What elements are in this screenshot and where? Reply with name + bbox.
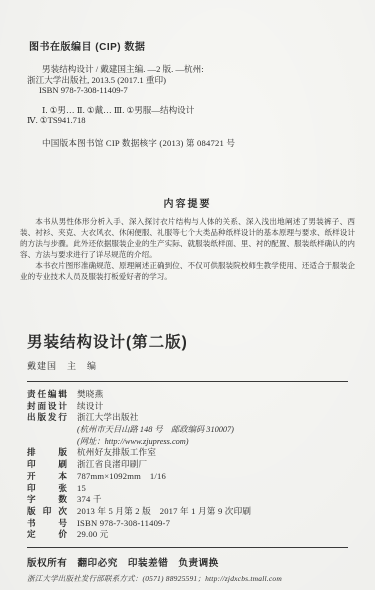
row-value: 15 (67, 483, 86, 495)
cip-classification: Ⅰ. ①男… Ⅱ. ①戴… Ⅲ. ①男服—结构设计 Ⅳ. ①TS941.718 (27, 105, 348, 126)
publisher-website-line: (网址：http://www.zjupress.com) (27, 436, 348, 448)
row-value: 787mm×1092mm 1/16 (67, 471, 166, 483)
cip-record-line: 男装结构设计 / 戴建国主编. —2 版. —杭州: (27, 64, 348, 75)
row-label: 定价 (27, 529, 67, 541)
cip-classification-line: Ⅰ. ①男… Ⅱ. ①戴… Ⅲ. ①男服—结构设计 (27, 105, 348, 116)
publishing-row: 印张15 (27, 483, 348, 495)
row-value: 2013 年 5 月第 2 版 2017 年 1 月第 9 次印刷 (67, 506, 251, 518)
row-label: 版印次 (27, 506, 67, 518)
row-value: 浙江省良渚印刷厂 (67, 459, 147, 471)
row-label: 印刷 (27, 459, 67, 471)
abstract-heading: 内容提要 (27, 195, 348, 210)
publishing-row: 排版杭州好友排版工作室 (27, 447, 348, 459)
row-value: 续设计 (67, 401, 103, 413)
row-label: 书号 (27, 518, 67, 530)
row-value: 374 千 (67, 494, 102, 506)
cip-record-line: 浙江大学出版社, 2013.5 (2017.1 重印) (27, 75, 348, 86)
row-value: 樊晓燕 (67, 389, 103, 401)
abstract-paragraph: 本书衣片图形准确规范、原理阐述正确到位、不仅可供服装院校师生教学使用、还适合于服… (20, 260, 355, 282)
copyright-page: 图书在版编目 (CIP) 数据 男装结构设计 / 戴建国主编. —2 版. —杭… (0, 0, 375, 590)
row-label: 开本 (27, 471, 67, 483)
book-title: 男装结构设计(第二版) (27, 330, 348, 352)
divider-line (27, 547, 348, 548)
publisher-address-line: (杭州市天目山路 148 号 邮政编码 310007) (27, 424, 348, 436)
row-value: 浙江大学出版社 (67, 412, 139, 424)
cip-record: 男装结构设计 / 戴建国主编. —2 版. —杭州: 浙江大学出版社, 2013… (27, 64, 348, 96)
publishing-row: 定价29.00 元 (27, 529, 348, 541)
publishing-info: 责任编辑樊晓燕 封面设计续设计 出版发行浙江大学出版社 (杭州市天目山路 148… (27, 389, 348, 541)
row-value: 杭州好友排版工作室 (67, 447, 156, 459)
cip-block: 图书在版编目 (CIP) 数据 男装结构设计 / 戴建国主编. —2 版. —杭… (27, 38, 348, 149)
publishing-row: 字数374 千 (27, 494, 348, 506)
cip-registry-number: 中国版本图书馆 CIP 数据核字 (2013) 第 084721 号 (27, 137, 348, 149)
copyright-notice: 版权所有 翻印必究 印装差错 负责调换 (27, 555, 348, 569)
publishing-row: 印刷浙江省良渚印刷厂 (27, 459, 348, 471)
row-label: 印张 (27, 483, 67, 495)
row-value: 29.00 元 (67, 529, 108, 541)
cip-heading: 图书在版编目 (CIP) 数据 (29, 38, 348, 53)
row-value: ISBN 978-7-308-11409-7 (67, 518, 170, 530)
publishing-row: 书号ISBN 978-7-308-11409-7 (27, 518, 348, 530)
row-label: 出版发行 (27, 412, 67, 424)
abstract-paragraph: 本书从男性体形分析入手、深入探讨衣片结构与人体的关系、深入浅出地阐述了男装裤子、… (20, 216, 355, 260)
cip-record-line: ISBN 978-7-308-11409-7 (27, 85, 348, 96)
publishing-row: 责任编辑樊晓燕 (27, 389, 348, 401)
row-label: 排版 (27, 447, 67, 459)
row-label: 封面设计 (27, 401, 67, 413)
publishing-row: 封面设计续设计 (27, 401, 348, 413)
publishing-row: 开本787mm×1092mm 1/16 (27, 471, 348, 483)
publisher-contact: 浙江大学出版社发行部联系方式：(0571) 88925591；http://zj… (27, 573, 348, 584)
publishing-row: 出版发行浙江大学出版社 (27, 412, 348, 424)
publishing-row: 版印次2013 年 5 月第 2 版 2017 年 1 月第 9 次印刷 (27, 506, 348, 518)
cip-classification-line: Ⅳ. ①TS941.718 (27, 115, 348, 126)
row-label: 字数 (27, 494, 67, 506)
row-label: 责任编辑 (27, 389, 67, 401)
book-author: 戴建国 主 编 (27, 359, 348, 372)
divider-line (27, 381, 348, 382)
abstract-section: 内容提要 本书从男性体形分析入手、深入探讨衣片结构与人体的关系、深入浅出地阐述了… (27, 195, 348, 282)
